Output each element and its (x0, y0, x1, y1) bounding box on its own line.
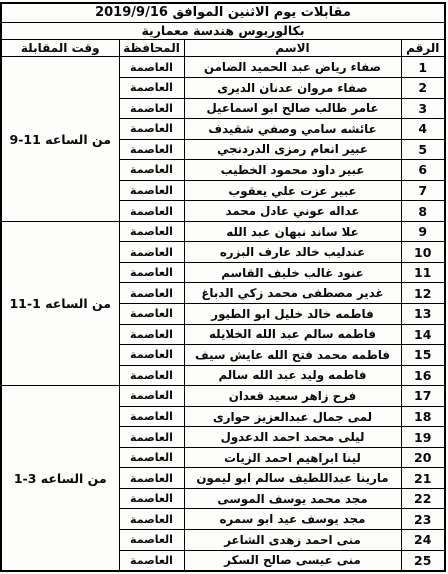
col-header-number: الرقم (401, 39, 445, 56)
cell-governorate: العاصمة (119, 78, 184, 99)
cell-number: 4 (401, 119, 445, 140)
cell-name: علا ساند نبهان عبد الله (184, 221, 401, 242)
cell-number: 18 (401, 406, 445, 427)
cell-governorate: العاصمة (119, 304, 184, 325)
cell-number: 16 (401, 365, 445, 386)
time-group-label-2: من الساعه 1-11 (1, 221, 119, 385)
cell-number: 11 (401, 262, 445, 283)
table-subtitle: بكالوريوس هندسة معمارية (1, 22, 445, 39)
cell-governorate: العاصمة (119, 530, 184, 551)
cell-name: عبير داود محمود الخطيب (184, 160, 401, 181)
cell-governorate: العاصمة (119, 242, 184, 263)
cell-name: منى احمد زهدى الشاعر (184, 530, 401, 551)
cell-number: 3 (401, 98, 445, 119)
cell-number: 25 (401, 550, 445, 571)
cell-number: 24 (401, 530, 445, 551)
cell-governorate: العاصمة (119, 160, 184, 181)
cell-governorate: العاصمة (119, 488, 184, 509)
cell-governorate: العاصمة (119, 180, 184, 201)
cell-governorate: العاصمة (119, 447, 184, 468)
cell-governorate: العاصمة (119, 406, 184, 427)
cell-governorate: العاصمة (119, 427, 184, 448)
cell-name: ليلى محمد احمد الدعدول (184, 427, 401, 448)
cell-name: منى عيسى صالح السكر (184, 550, 401, 571)
table-row: 1 صفاء رياض عبد الحميد الضامن العاصمة من… (1, 57, 445, 78)
cell-number: 21 (401, 468, 445, 489)
cell-number: 19 (401, 427, 445, 448)
cell-number: 14 (401, 324, 445, 345)
cell-name: عامر طالب صالح ابو اسماعيل (184, 98, 401, 119)
cell-governorate: العاصمة (119, 386, 184, 407)
cell-governorate: العاصمة (119, 201, 184, 222)
cell-number: 9 (401, 221, 445, 242)
cell-governorate: العاصمة (119, 324, 184, 345)
cell-governorate: العاصمة (119, 550, 184, 571)
cell-name: فاطمه وليد عبد الله سالم (184, 365, 401, 386)
cell-name: عبير انعام رمزى الدردنجي (184, 139, 401, 160)
cell-governorate: العاصمة (119, 139, 184, 160)
cell-name: مارينا عبداللطيف سالم ابو ليمون (184, 468, 401, 489)
table-row: 17 فرح زاهر سعيد قعدان العاصمة من الساعه… (1, 386, 445, 407)
col-header-time: وقت المقابلة (1, 39, 119, 56)
cell-number: 17 (401, 386, 445, 407)
table-row: 9 علا ساند نبهان عبد الله العاصمة من الس… (1, 221, 445, 242)
cell-number: 7 (401, 180, 445, 201)
cell-name: فرح زاهر سعيد قعدان (184, 386, 401, 407)
cell-name: عندليب خالد عارف البزره (184, 242, 401, 263)
cell-governorate: العاصمة (119, 509, 184, 530)
cell-name: عداله عوني عادل محمد (184, 201, 401, 222)
col-header-governorate: المحافظة (119, 39, 184, 56)
cell-number: 23 (401, 509, 445, 530)
cell-name: عائشه سامي وصفي شقيدف (184, 119, 401, 140)
cell-name: مجد يوسف عيد ابو سمره (184, 509, 401, 530)
cell-name: فاطمه خالد خليل ابو الطيور (184, 304, 401, 325)
cell-governorate: العاصمة (119, 283, 184, 304)
cell-governorate: العاصمة (119, 262, 184, 283)
cell-name: غدير مصطفى محمد زكي الدباغ (184, 283, 401, 304)
cell-number: 20 (401, 447, 445, 468)
cell-number: 2 (401, 78, 445, 99)
cell-number: 1 (401, 57, 445, 78)
cell-number: 10 (401, 242, 445, 263)
interview-schedule-table: مقابلات يوم الاثنين الموافق 2019/9/16 بك… (0, 2, 446, 572)
cell-number: 12 (401, 283, 445, 304)
cell-name: عنود غالب خليف القاسم (184, 262, 401, 283)
table-title: مقابلات يوم الاثنين الموافق 2019/9/16 (1, 3, 445, 22)
cell-number: 5 (401, 139, 445, 160)
cell-governorate: العاصمة (119, 57, 184, 78)
col-header-name: الاسم (184, 39, 401, 56)
cell-number: 6 (401, 160, 445, 181)
document-page: مقابلات يوم الاثنين الموافق 2019/9/16 بك… (0, 0, 448, 574)
cell-number: 15 (401, 345, 445, 366)
cell-number: 8 (401, 201, 445, 222)
time-group-label-1: من الساعه 11-9 (1, 57, 119, 221)
cell-name: صفاء رياض عبد الحميد الضامن (184, 57, 401, 78)
time-group-label-3: من الساعه 3-1 (1, 386, 119, 571)
cell-governorate: العاصمة (119, 468, 184, 489)
cell-name: لينا ابراهيم احمد الزيات (184, 447, 401, 468)
cell-name: فاطمه محمد فتح الله عايش سيف (184, 345, 401, 366)
cell-number: 13 (401, 304, 445, 325)
column-header-row: الرقم الاسم المحافظة وقت المقابلة (1, 39, 445, 56)
cell-name: فاطمه سالم عبد الله الخلايله (184, 324, 401, 345)
cell-number: 22 (401, 488, 445, 509)
cell-governorate: العاصمة (119, 98, 184, 119)
cell-name: مجد محمد يوسف الموسى (184, 488, 401, 509)
cell-governorate: العاصمة (119, 345, 184, 366)
cell-name: عبير عزت علي يعقوب (184, 180, 401, 201)
subtitle-row: بكالوريوس هندسة معمارية (1, 22, 445, 39)
cell-name: صفاء مروان عدنان الديرى (184, 78, 401, 99)
cell-governorate: العاصمة (119, 365, 184, 386)
cell-governorate: العاصمة (119, 221, 184, 242)
cell-governorate: العاصمة (119, 119, 184, 140)
cell-name: لمى جمال عبدالعزيز حوارى (184, 406, 401, 427)
title-row: مقابلات يوم الاثنين الموافق 2019/9/16 (1, 3, 445, 22)
